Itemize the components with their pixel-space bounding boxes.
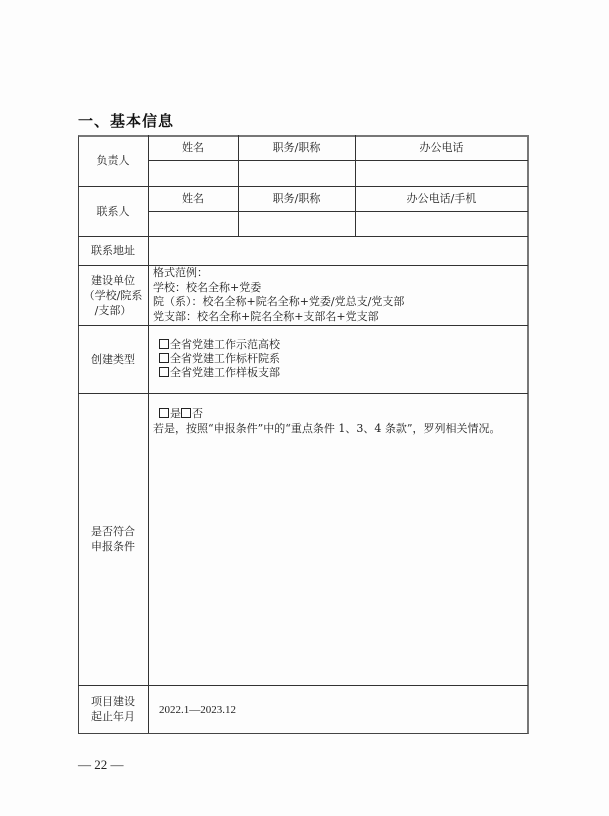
checkbox-icon[interactable] [159, 367, 169, 377]
unit-label-line: 建设单位 [91, 273, 135, 288]
contact-phone-field[interactable] [356, 212, 526, 236]
unit-example-line: 格式范例： [153, 266, 404, 281]
eligibility-detail-field[interactable] [149, 436, 526, 685]
section-title: 一、基本信息 [78, 110, 174, 131]
period-label-line: 项目建设 [91, 694, 135, 709]
eligibility-note: 若是，按照“申报条件”中的“重点条件 1、3、4 条款”，罗列相关情况。 [153, 421, 523, 436]
type-option[interactable]: 全省党建工作标杆院系 [159, 352, 280, 366]
eligibility-label: 是否符合 申报条件 [78, 393, 148, 685]
type-option-label: 全省党建工作标杆院系 [170, 352, 280, 365]
eligibility-label-line: 申报条件 [91, 539, 135, 554]
unit-format-example[interactable]: 格式范例： 学校：校名全称+党委 院（系）：校名全称+院名全称+党委/党总支/党… [153, 266, 404, 324]
period-label: 项目建设 起止年月 [78, 685, 148, 733]
contact-label: 联系人 [78, 186, 148, 236]
type-label: 创建类型 [78, 325, 148, 393]
type-option-label: 全省党建工作样板支部 [170, 366, 280, 379]
contact-name-header: 姓名 [148, 191, 238, 206]
unit-example-line: 院（系）：校名全称+院名全称+党委/党总支/党支部 [153, 295, 404, 310]
responsible-label: 负责人 [78, 135, 148, 186]
responsible-name-field[interactable] [149, 161, 238, 186]
basic-info-table: 负责人 姓名 职务/职称 办公电话 联系人 姓名 职务/职称 办公电话/手机 联… [78, 135, 528, 733]
unit-label: 建设单位 （学校/院系 /支部） [78, 265, 148, 325]
checkbox-icon[interactable] [159, 353, 169, 363]
period-label-line: 起止年月 [91, 709, 135, 724]
address-label: 联系地址 [78, 236, 148, 265]
eligibility-label-line: 是否符合 [91, 524, 135, 539]
page-number: — 22 — [78, 757, 124, 773]
contact-title-header: 职务/职称 [238, 191, 355, 206]
address-field[interactable] [149, 237, 526, 265]
type-option[interactable]: 全省党建工作样板支部 [159, 366, 280, 380]
unit-label-line: （学校/院系 [84, 288, 143, 303]
type-option[interactable]: 全省党建工作示范高校 [159, 338, 280, 352]
checkbox-icon[interactable] [159, 339, 169, 349]
checkbox-icon[interactable] [159, 408, 169, 418]
responsible-phone-header: 办公电话 [355, 140, 528, 155]
contact-name-field[interactable] [149, 212, 238, 236]
responsible-name-header: 姓名 [148, 140, 238, 155]
contact-phone-header: 办公电话/手机 [355, 191, 528, 206]
responsible-title-header: 职务/职称 [238, 140, 355, 155]
unit-label-line: /支部） [95, 303, 132, 318]
yes-option-label: 是 [170, 407, 181, 420]
type-option-label: 全省党建工作示范高校 [170, 338, 280, 351]
type-options: 全省党建工作示范高校 全省党建工作标杆院系 全省党建工作样板支部 [159, 338, 280, 380]
unit-example-line: 党支部：校名全称+院名全称+支部名+党支部 [153, 310, 404, 325]
contact-title-field[interactable] [239, 212, 355, 236]
eligibility-content: 是否 [159, 406, 203, 421]
unit-example-line: 学校：校名全称+党委 [153, 281, 404, 296]
no-option-label: 否 [192, 407, 203, 420]
period-value[interactable]: 2022.1—2023.12 [159, 703, 236, 718]
responsible-phone-field[interactable] [356, 161, 526, 186]
checkbox-icon[interactable] [181, 408, 191, 418]
responsible-title-field[interactable] [239, 161, 355, 186]
